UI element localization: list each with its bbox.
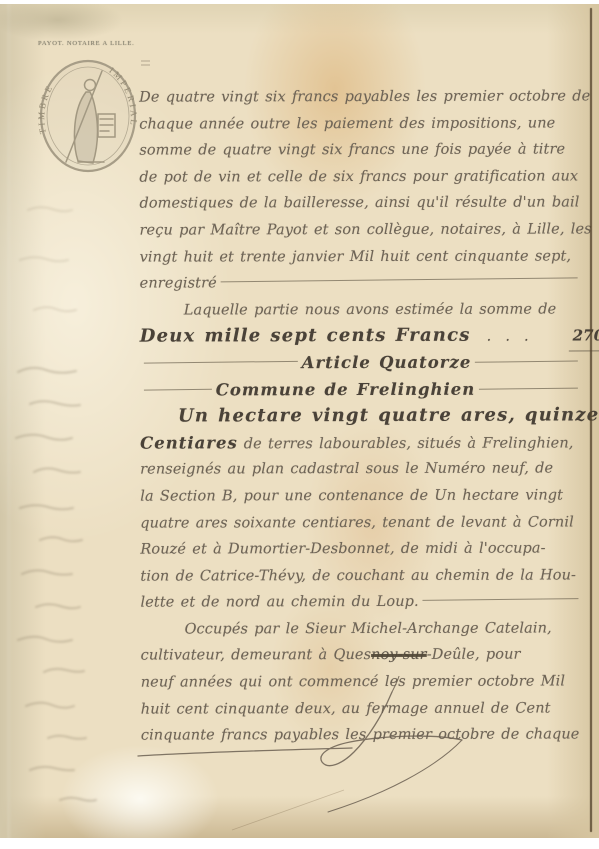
amount-figures: 2700 ···: [569, 323, 599, 352]
document-line: De quatre vingt six francs payables les …: [139, 83, 581, 111]
document-line: quatre ares soixante centiares, tenant d…: [140, 509, 582, 537]
handwritten-body: De quatre vingt six francs payables les …: [139, 83, 583, 749]
enregistre-line: enregistré: [140, 270, 582, 298]
enregistre-text: enregistré: [140, 271, 217, 298]
parcel-last-text: lette et de nord au chemin du Loup.: [140, 589, 418, 616]
rule-line: [144, 388, 212, 390]
imperial-timbre-seal-icon: TIMBRE IMPERIAL: [36, 56, 140, 176]
rule-line: [221, 277, 578, 282]
parcel-last-line: lette et de nord au chemin du Loup.: [140, 589, 582, 617]
document-line: tion de Catrice-Thévy, de couchant au ch…: [140, 562, 582, 590]
occupation-post: -Deûle, pour: [427, 647, 521, 663]
amount-dots: . . .: [487, 324, 533, 351]
scanned-document-page: PAYOT. NOTAIRE A LILLE. TIMBRE IMPERIAL …: [0, 0, 599, 849]
document-line: chaque année outre les paiement des impo…: [139, 110, 581, 138]
centiares-rest: de terres labourables, situés à Frelingh…: [244, 435, 574, 452]
estimation-amount-line: Deux mille sept cents Francs . . . 2700 …: [140, 323, 582, 351]
document-line: la Section B, pour une contenance de Un …: [140, 482, 582, 510]
notary-stamp-label: PAYOT. NOTAIRE A LILLE.: [38, 40, 158, 47]
occupation-line: Occupés par le Sieur Michel-Archange Cat…: [141, 615, 583, 643]
commune-heading: Commune de Frelinghien: [216, 376, 476, 403]
document-line: domestiques de la bailleresse, ainsi qu'…: [139, 190, 581, 218]
estimation-leadin: Laquelle partie nous avons estimée la so…: [140, 296, 582, 324]
article-heading: Article Quatorze: [302, 350, 472, 377]
page-edge-line: [590, 8, 592, 832]
rule-line: [475, 360, 578, 362]
parcel-opening-line: Un hectare vingt quatre ares, quinze: [140, 403, 582, 431]
amount-words: Deux mille sept cents Francs: [140, 323, 471, 350]
document-line: vingt huit et trente janvier Mil huit ce…: [140, 243, 582, 271]
document-line: Rouzé et à Dumortier-Desbonnet, de midi …: [140, 536, 582, 564]
signature-paraph: [130, 676, 500, 836]
document-line: renseignés au plan cadastral sous le Num…: [140, 456, 582, 484]
document-line: reçu par Maître Payot et son collègue, n…: [139, 216, 581, 244]
rule-line: [479, 387, 578, 389]
document-line: de pot de vin et celle de six francs pou…: [139, 163, 581, 191]
article-heading-row: Article Quatorze: [140, 349, 582, 377]
struck-place-name: noy-sur: [371, 647, 427, 663]
commune-heading-row: Commune de Frelinghien: [140, 376, 582, 404]
rule-line: [423, 598, 579, 601]
centiares-word: Centiares: [140, 433, 238, 452]
centiares-line: Centiaresde terres labourables, situés à…: [140, 429, 582, 457]
occupation-pre: cultivateur, demeurant à Ques: [141, 647, 372, 664]
occupation-corrected-line: cultivateur, demeurant à Quesnoy-sur-Deû…: [141, 642, 583, 670]
rule-line: [144, 361, 298, 364]
document-line: somme de quatre vingt six francs une foi…: [139, 137, 581, 165]
